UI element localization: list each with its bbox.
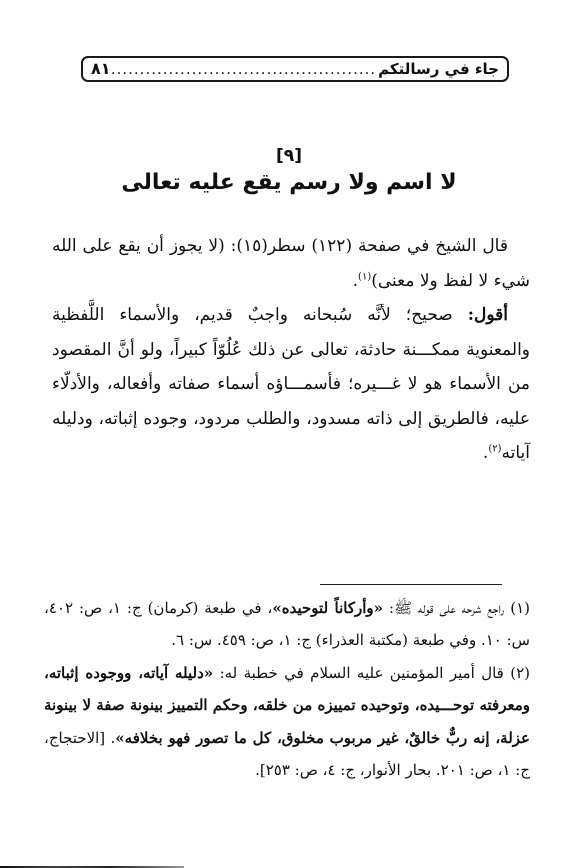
book-page: جاء في رسالتكم .........................…	[0, 0, 578, 868]
paragraph-quote: قال الشيخ في صفحة (١٢٢) سطر(١٥): (لا يجو…	[52, 229, 530, 298]
footnote-2: (٢) قال أمير المؤمنين عليه السلام في خطب…	[44, 657, 530, 787]
chapter-title: لا اسم ولا رسم يقع عليه تعالى	[0, 170, 578, 195]
footnotes: (١) راجع شرحه على قوله ﷺ: «وأركاناً لتوح…	[44, 592, 530, 786]
body-text: قال الشيخ في صفحة (١٢٢) سطر(١٥): (لا يجو…	[52, 229, 530, 471]
response-lead: أقول:	[468, 305, 508, 325]
page-number: ٨١	[91, 61, 111, 77]
footnote-1-pre: راجع شرحه على قوله ﷺ:	[383, 599, 510, 617]
running-header-leader-dots: ........................................…	[111, 62, 379, 77]
running-header: جاء في رسالتكم .........................…	[81, 56, 509, 82]
footnote-ref-2[interactable]: (٢)	[488, 443, 501, 454]
paragraph-quote-text: قال الشيخ في صفحة (١٢٢) سطر(١٥): (لا يجو…	[52, 236, 530, 291]
paragraph-response: أقول: صحيح؛ لأنَّه سُبحانه واجبٌ قديم، و…	[52, 298, 530, 471]
chapter-number: [٩]	[0, 146, 578, 166]
running-header-title: جاء في رسالتكم	[378, 62, 499, 77]
footnote-2-marker: (٢)	[510, 664, 530, 682]
footnote-divider	[320, 584, 502, 585]
footnote-1-marker: (١)	[510, 599, 530, 617]
footnote-1: (١) راجع شرحه على قوله ﷺ: «وأركاناً لتوح…	[44, 592, 530, 657]
footnote-ref-1[interactable]: (١)	[358, 271, 371, 282]
footnote-2-pre: قال أمير المؤمنين عليه السلام في خطبة له…	[213, 664, 510, 682]
paragraph-response-text: صحيح؛ لأنَّه سُبحانه واجبٌ قديم، والأسما…	[52, 305, 530, 463]
footnote-1-quote: «وأركاناً لتوحيده»	[272, 599, 383, 617]
